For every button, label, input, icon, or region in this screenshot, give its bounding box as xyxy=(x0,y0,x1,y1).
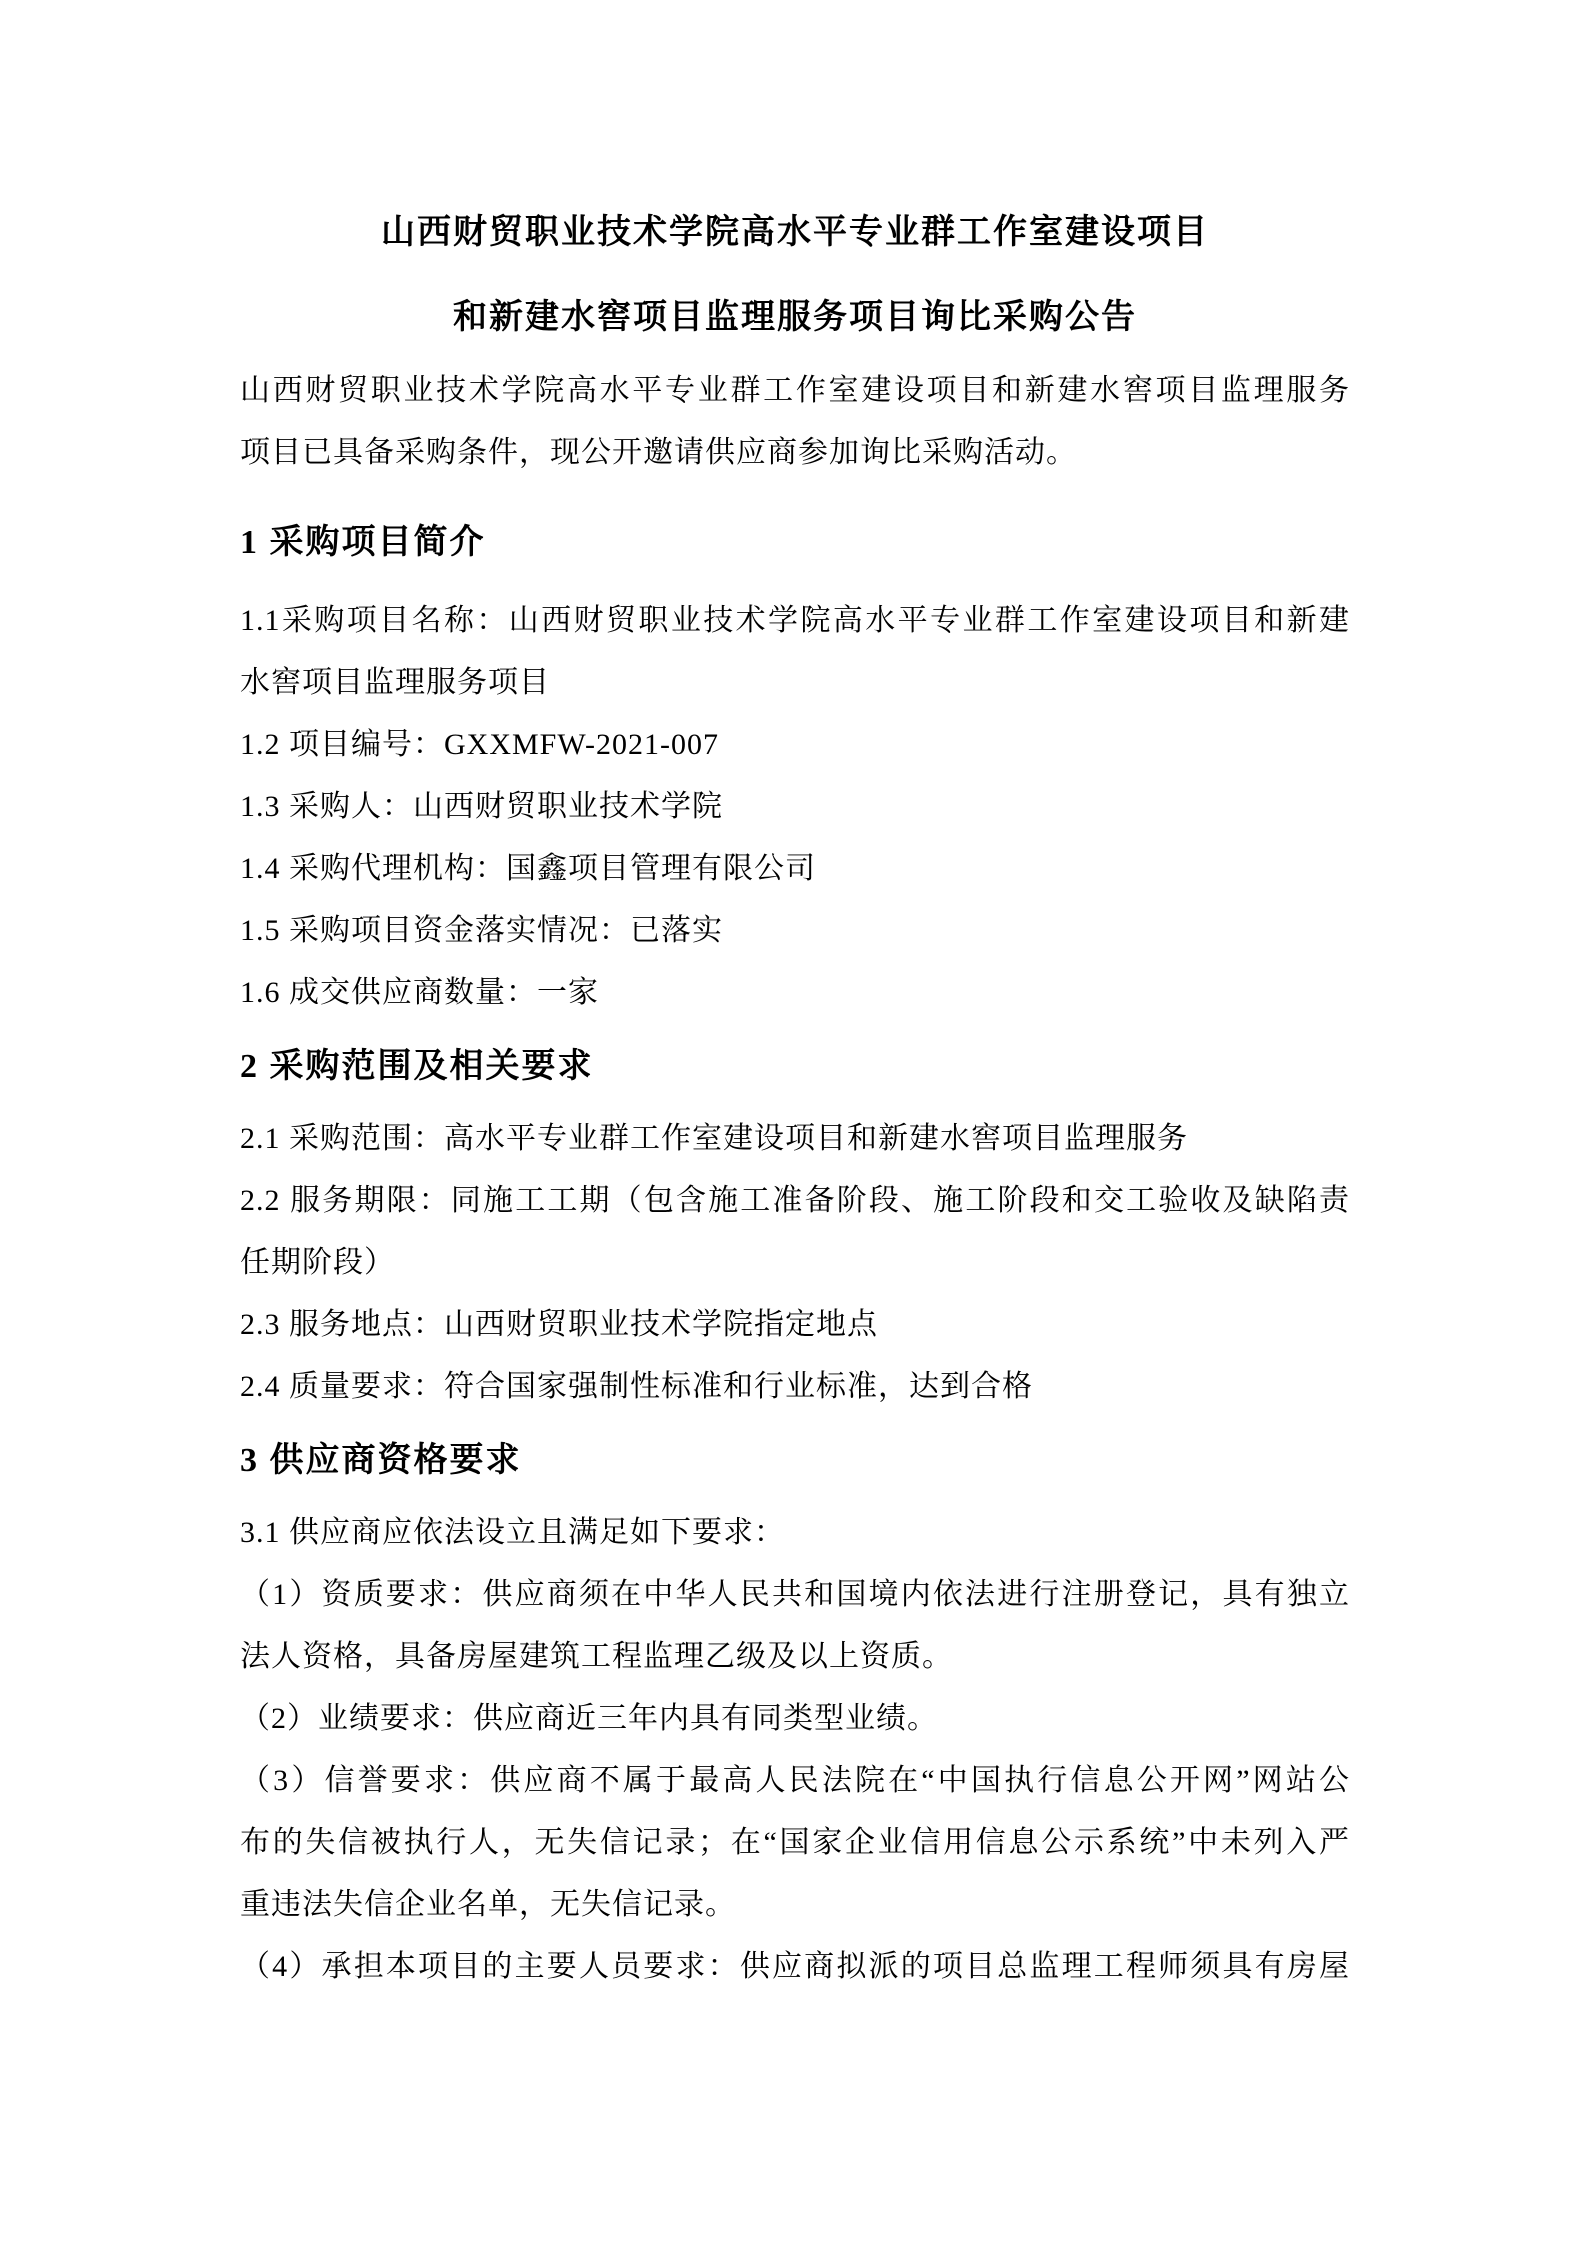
item-1-3: 1.3 采购人：山西财贸职业技术学院 xyxy=(240,776,1350,838)
clause-3-line-1: （3）信誉要求：供应商不属于最高人民法院在“中国执行信息公开网”网站公 xyxy=(240,1750,1350,1812)
intro-line-2: 项目已具备采购条件，现公开邀请供应商参加询比采购活动。 xyxy=(240,422,1350,484)
item-1-2: 1.2 项目编号：GXXMFW-2021-007 xyxy=(240,714,1350,776)
item-3-1: 3.1 供应商应依法设立且满足如下要求： xyxy=(240,1502,1350,1564)
document-content: 山西财贸职业技术学院高水平专业群工作室建设项目 和新建水窖项目监理服务项目询比采… xyxy=(0,0,1587,1998)
item-2-4: 2.4 质量要求：符合国家强制性标准和行业标准，达到合格 xyxy=(240,1356,1350,1418)
clause-4-line-1: （4）承担本项目的主要人员要求：供应商拟派的项目总监理工程师须具有房屋 xyxy=(240,1936,1350,1998)
clause-3-line-3: 重违法失信企业名单，无失信记录。 xyxy=(240,1874,1350,1936)
item-2-2-line-1: 2.2 服务期限：同施工工期（包含施工准备阶段、施工阶段和交工验收及缺陷责 xyxy=(240,1170,1350,1232)
item-2-3: 2.3 服务地点：山西财贸职业技术学院指定地点 xyxy=(240,1294,1350,1356)
clause-3-line-2: 布的失信被执行人，无失信记录；在“国家企业信用信息公示系统”中未列入严 xyxy=(240,1812,1350,1874)
document-page: 山西财贸职业技术学院高水平专业群工作室建设项目 和新建水窖项目监理服务项目询比采… xyxy=(0,0,1587,2245)
section-2-body: 2.1 采购范围：高水平专业群工作室建设项目和新建水窖项目监理服务 2.2 服务… xyxy=(240,1108,1350,1418)
item-2-2-line-2: 任期阶段） xyxy=(240,1232,1350,1294)
clause-1-line-1: （1）资质要求：供应商须在中华人民共和国境内依法进行注册登记，具有独立 xyxy=(240,1564,1350,1626)
clause-1-line-2: 法人资格，具备房屋建筑工程监理乙级及以上资质。 xyxy=(240,1626,1350,1688)
item-1-5: 1.5 采购项目资金落实情况：已落实 xyxy=(240,900,1350,962)
section-3-heading: 3 供应商资格要求 xyxy=(240,1430,1350,1492)
item-1-1-line-2: 水窖项目监理服务项目 xyxy=(240,652,1350,714)
item-1-6: 1.6 成交供应商数量：一家 xyxy=(240,962,1350,1024)
intro-line-1: 山西财贸职业技术学院高水平专业群工作室建设项目和新建水窖项目监理服务 xyxy=(240,360,1350,422)
section-2-heading: 2 采购范围及相关要求 xyxy=(240,1036,1350,1098)
document-title-line-2: 和新建水窖项目监理服务项目询比采购公告 xyxy=(240,275,1350,360)
document-title: 山西财贸职业技术学院高水平专业群工作室建设项目 和新建水窖项目监理服务项目询比采… xyxy=(240,190,1350,360)
document-title-line-1: 山西财贸职业技术学院高水平专业群工作室建设项目 xyxy=(240,190,1350,275)
item-1-4: 1.4 采购代理机构：国鑫项目管理有限公司 xyxy=(240,838,1350,900)
item-1-1-line-1: 1.1采购项目名称：山西财贸职业技术学院高水平专业群工作室建设项目和新建 xyxy=(240,590,1350,652)
clause-2: （2）业绩要求：供应商近三年内具有同类型业绩。 xyxy=(240,1688,1350,1750)
item-2-1: 2.1 采购范围：高水平专业群工作室建设项目和新建水窖项目监理服务 xyxy=(240,1108,1350,1170)
section-1-heading: 1 采购项目简介 xyxy=(240,512,1350,574)
section-3-body: 3.1 供应商应依法设立且满足如下要求： （1）资质要求：供应商须在中华人民共和… xyxy=(240,1502,1350,1998)
section-1-body: 1.1采购项目名称：山西财贸职业技术学院高水平专业群工作室建设项目和新建 水窖项… xyxy=(240,590,1350,1024)
intro-paragraph: 山西财贸职业技术学院高水平专业群工作室建设项目和新建水窖项目监理服务 项目已具备… xyxy=(240,360,1350,484)
